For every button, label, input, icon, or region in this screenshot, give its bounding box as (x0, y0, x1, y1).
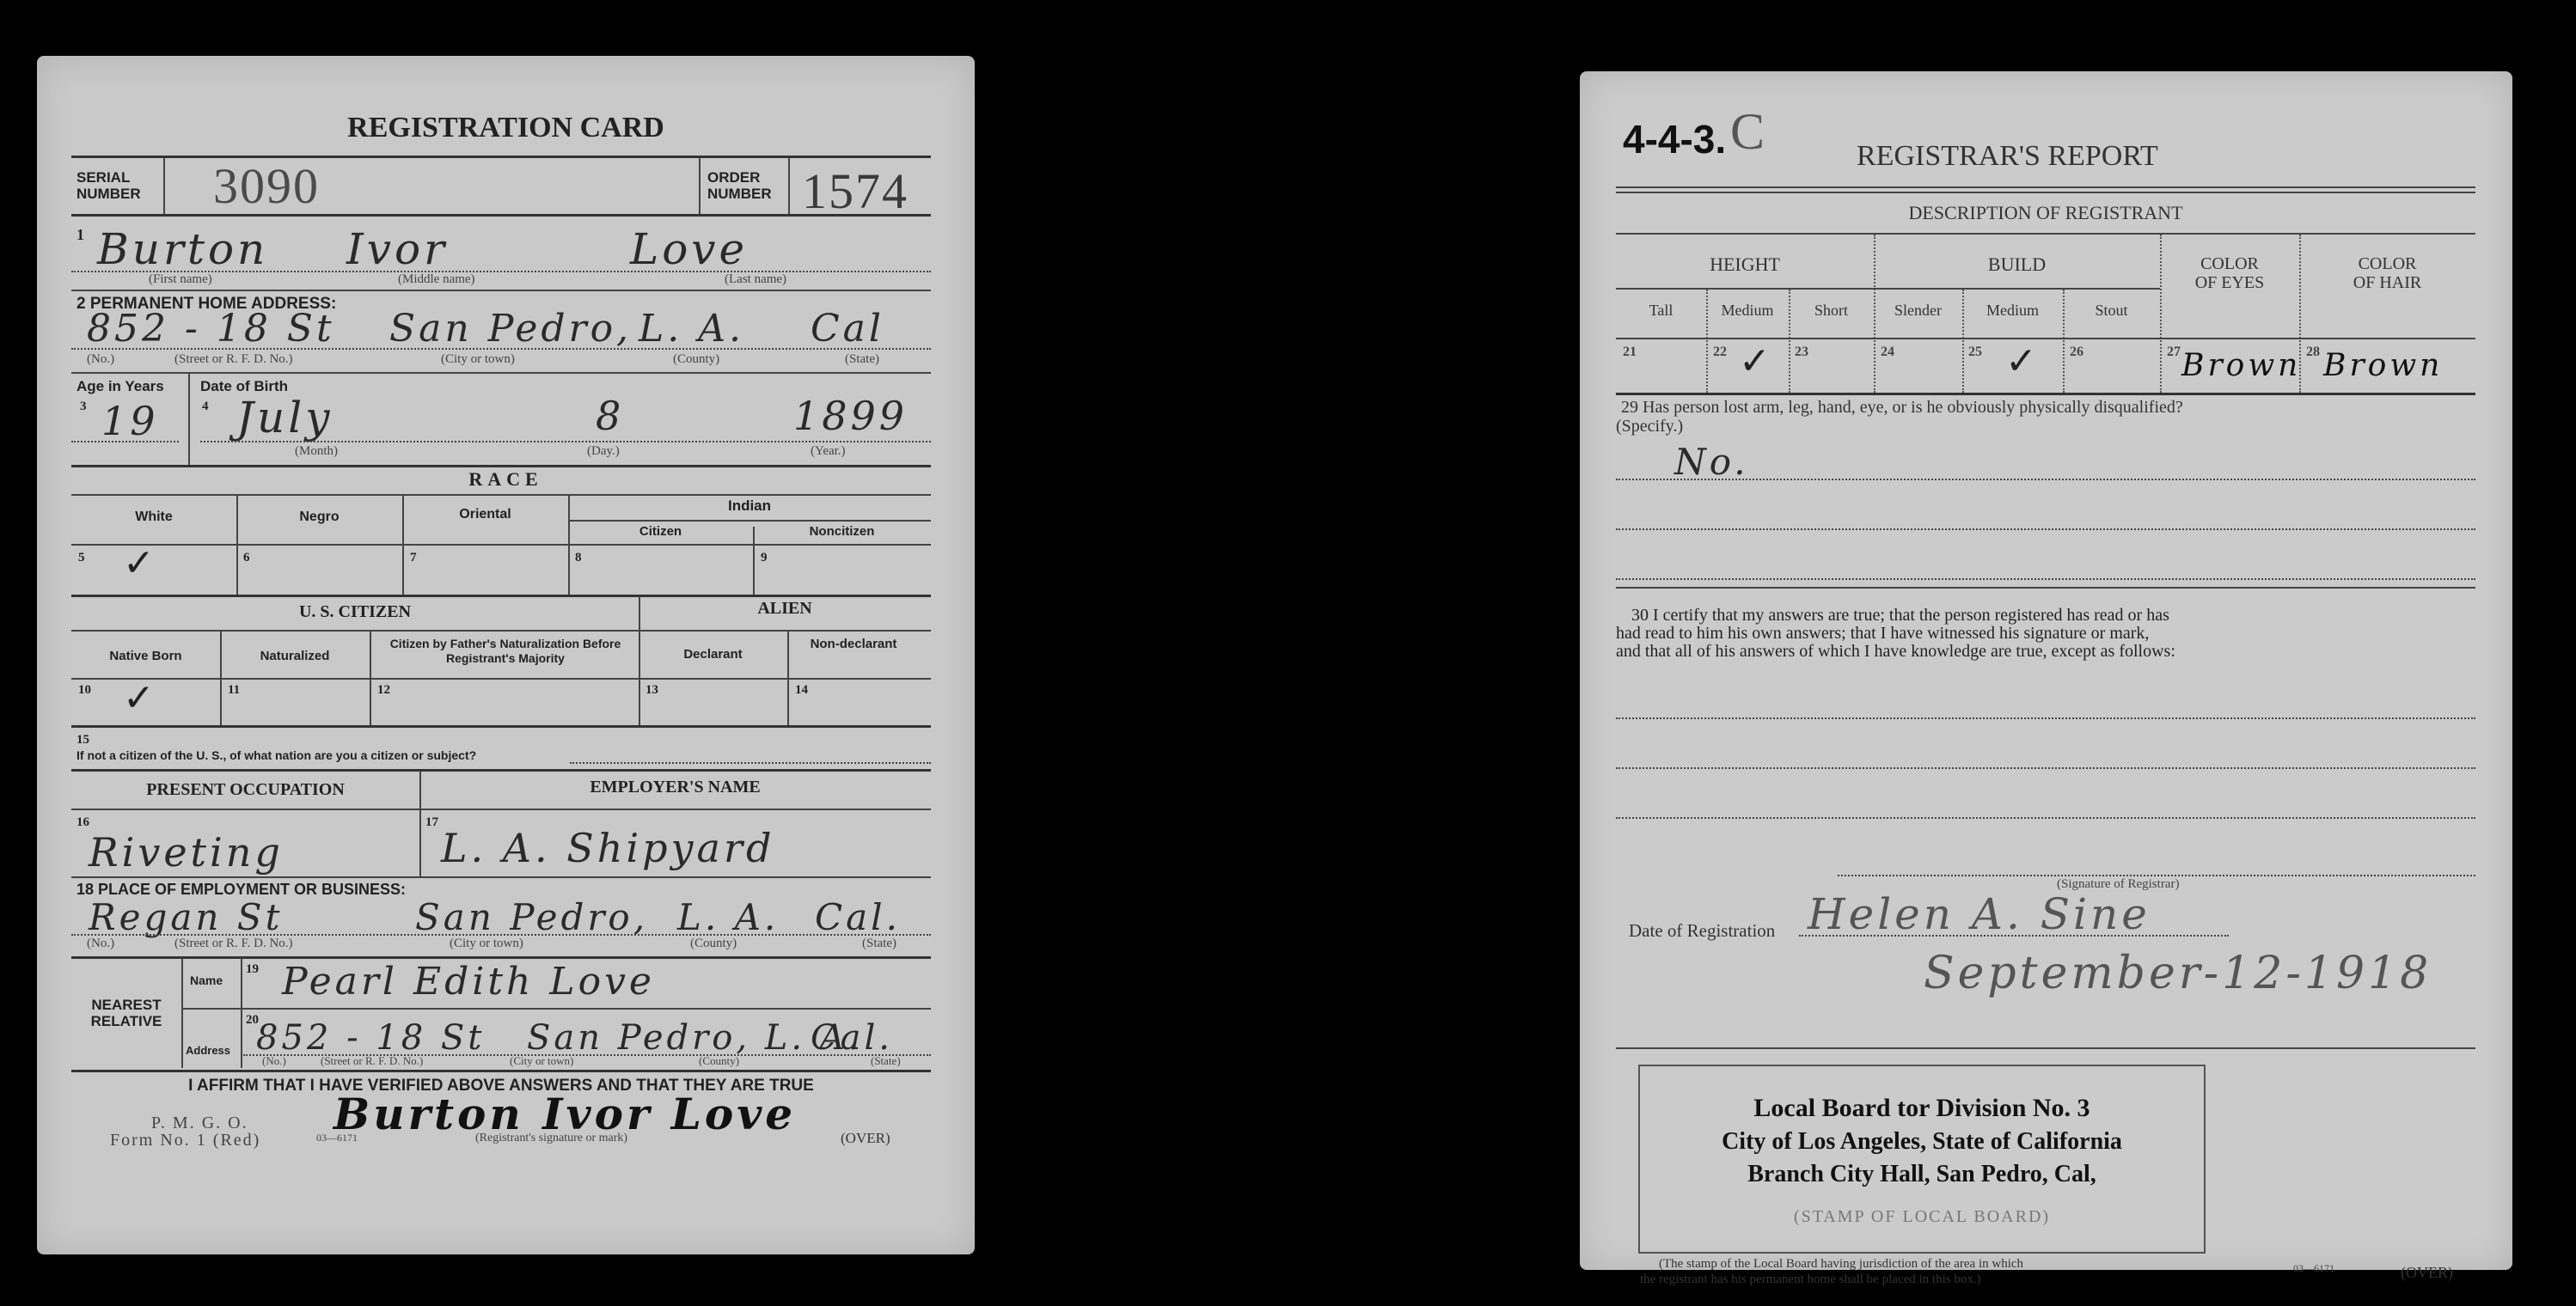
occupation-heading: PRESENT OCCUPATION (71, 780, 419, 800)
nearest-relative-label: NEAREST RELATIVE (71, 997, 181, 1029)
age-label: Age in Years (76, 378, 164, 395)
q7-number: 7 (410, 551, 417, 565)
file-code-letter: C (1730, 102, 1766, 162)
serial-label-line1: SERIAL (76, 169, 141, 186)
build-medium-check-mark: ✓ (2005, 339, 2037, 383)
dotted-line (1616, 578, 2475, 580)
date-of-registration-label: Date of Registration (1629, 920, 1775, 942)
employment-street: Regan St (89, 896, 283, 938)
dotted-line (71, 348, 931, 350)
race-col-negro: Negro (236, 510, 402, 525)
q15-question: If not a citizen of the U. S., of what n… (76, 748, 476, 762)
dotted-line (71, 441, 179, 442)
serial-number: 3090 (213, 157, 320, 215)
q11-number: 11 (228, 683, 240, 698)
caption-city: (City or town) (510, 1054, 573, 1068)
divider (1616, 192, 2475, 193)
first-name-caption: (First name) (149, 272, 212, 287)
q26-number: 26 (2070, 345, 2083, 360)
q30-text-line1: 30 I certify that my answers are true; t… (1631, 606, 2169, 626)
divider (71, 769, 931, 772)
divider (163, 157, 165, 214)
height-medium-check-mark: ✓ (1739, 339, 1771, 383)
dotted-line (1616, 717, 2475, 719)
divider (188, 374, 190, 467)
form-id: P. M. G. O. Form No. 1 (Red) (110, 1114, 260, 1149)
divider (1616, 393, 2475, 395)
q29-question: 29 Has person lost arm, leg, hand, eye, … (1621, 398, 2183, 418)
caption-state: (State) (871, 1054, 901, 1068)
card-title: REGISTRATION CARD (37, 112, 975, 144)
race-heading: RACE (37, 468, 975, 491)
file-code: 4-4-3. (1623, 116, 1726, 162)
eyes-heading-line1: COLOR (2160, 254, 2299, 273)
form-id-line1: P. M. G. O. (110, 1114, 260, 1132)
order-label-line1: ORDER (707, 169, 772, 186)
stamp-caption: (STAMP OF LOCAL BOARD) (1640, 1207, 2204, 1227)
description-heading: DESCRIPTION OF REGISTRANT (1616, 202, 2475, 224)
citizen-col-native-born: Native Born (71, 649, 220, 663)
stamp-line3: Branch City Hall, San Pedro, Cal, (1640, 1161, 2204, 1188)
divider (1616, 1047, 2475, 1049)
hair-heading-line2: OF HAIR (2299, 273, 2475, 292)
race-col-white: White (71, 510, 236, 525)
q19-number: 19 (246, 962, 259, 977)
dotted-line (570, 762, 931, 764)
over-label: (OVER) (841, 1130, 890, 1147)
local-board-stamp-box: Local Board tor Division No. 3 City of L… (1638, 1065, 2206, 1254)
us-citizen-heading: U. S. CITIZEN (71, 602, 639, 622)
relative-name-label: Name (190, 973, 223, 987)
divider (71, 630, 931, 632)
alien-col-declarant: Declarant (639, 647, 787, 662)
divider (241, 958, 242, 1068)
q1-number: 1 (76, 226, 84, 244)
q5-number: 5 (78, 551, 85, 565)
caption-county: (County) (699, 1054, 739, 1068)
white-check-mark: ✓ (123, 541, 155, 585)
caption-no: (No.) (87, 352, 114, 367)
caption-state: (State) (862, 937, 896, 951)
divider (1616, 233, 2475, 235)
relative-street: 852 - 18 St (256, 1018, 485, 1058)
stamp-line1: Local Board tor Division No. 3 (1640, 1094, 2204, 1123)
caption-street: (Street or R. F. D. No.) (174, 937, 293, 951)
divider (788, 157, 790, 214)
report-title: REGISTRAR'S REPORT (1857, 140, 2158, 173)
caption-year: (Year.) (811, 444, 846, 459)
home-street: 852 - 18 St (87, 307, 335, 351)
dotted-line (71, 934, 931, 936)
q13-number: 13 (646, 683, 658, 698)
caption-no: (No.) (87, 937, 114, 951)
divider (71, 876, 931, 878)
q3-number: 3 (80, 400, 87, 414)
signature-caption: (Registrant's signature or mark) (475, 1132, 627, 1145)
build-heading: BUILD (1874, 253, 2160, 276)
q24-number: 24 (1881, 345, 1894, 360)
q30-text-line2: had read to him his own answers; that I … (1616, 624, 2149, 644)
eyes-heading: COLOR OF EYES (2160, 254, 2299, 292)
caption-month: (Month) (295, 444, 338, 459)
employment-county: L. A. (677, 896, 779, 938)
caption-county: (County) (690, 937, 737, 951)
native-born-check-mark: ✓ (123, 676, 155, 720)
dob-year: 1899 (793, 393, 908, 439)
employment-city: San Pedro, (415, 896, 648, 938)
caption-county: (County) (673, 352, 719, 367)
divider (71, 956, 931, 959)
dotted-line (1616, 767, 2475, 769)
build-col-stout: Stout (2063, 302, 2160, 320)
dotted-line (1616, 479, 2475, 480)
home-state: Cal (811, 307, 884, 351)
print-code: 03—6171 (2293, 1262, 2334, 1275)
citizen-col-naturalized: Naturalized (220, 649, 370, 663)
dotted-line (1616, 528, 2475, 530)
order-label-line2: NUMBER (707, 186, 772, 202)
alien-heading: ALIEN (639, 599, 931, 619)
divider (181, 958, 183, 1068)
divider (71, 544, 931, 546)
last-name: Love (630, 224, 748, 274)
build-col-slender: Slender (1874, 302, 1962, 320)
first-name: Burton (97, 224, 268, 274)
caption-no: (No.) (262, 1054, 286, 1068)
q8-number: 8 (575, 551, 582, 565)
q27-number: 27 (2167, 345, 2181, 360)
race-indian-heading: Indian (568, 497, 931, 515)
height-col-tall: Tall (1616, 302, 1706, 320)
hair-color-value: Brown (2323, 348, 2443, 383)
nearest-relative-label-line2: RELATIVE (71, 1013, 181, 1029)
print-code: 03—6171 (316, 1132, 358, 1144)
caption-street: (Street or R. F. D. No.) (321, 1054, 423, 1068)
caption-city: (City or town) (450, 937, 523, 951)
dob-month: July (236, 393, 333, 442)
caption-day: (Day.) (587, 444, 620, 459)
divider (71, 678, 931, 680)
age-value: 19 (101, 398, 159, 444)
registrar-signature-line (1838, 875, 2475, 876)
registrar-signature: Helen A. Sine (1808, 889, 2151, 939)
q21-number: 21 (1623, 345, 1637, 360)
q22-number: 22 (1713, 345, 1727, 360)
employer-heading: EMPLOYER'S NAME (419, 778, 931, 797)
serial-label-line2: NUMBER (76, 186, 141, 202)
height-heading: HEIGHT (1616, 253, 1874, 276)
over-label: (OVER) (2401, 1264, 2453, 1282)
height-col-medium: Medium (1706, 302, 1789, 320)
dob-day: 8 (596, 393, 624, 439)
divider (71, 809, 931, 810)
race-col-oriental: Oriental (402, 507, 568, 522)
q4-number: 4 (202, 400, 209, 414)
divider (1616, 587, 2475, 589)
divider (1616, 186, 2475, 188)
divider (71, 156, 931, 158)
employment-state: Cal. (815, 896, 901, 938)
relative-name: Pearl Edith Love (282, 960, 655, 1004)
middle-name-caption: (Middle name) (398, 272, 475, 287)
divider (71, 1070, 931, 1072)
q28-number: 28 (2306, 345, 2320, 360)
q9-number: 9 (761, 551, 768, 565)
order-label: ORDER NUMBER (707, 169, 772, 202)
hair-heading: COLOR OF HAIR (2299, 254, 2475, 292)
q25-number: 25 (1968, 345, 1982, 360)
q29-specify: (Specify.) (1616, 417, 1683, 436)
middle-name: Ivor (346, 224, 448, 274)
registration-card: REGISTRATION CARD SERIAL NUMBER 3090 ORD… (37, 56, 975, 1254)
divider (71, 214, 931, 217)
caption-city: (City or town) (441, 352, 515, 367)
registrars-report-card: 4-4-3. C REGISTRAR'S REPORT DESCRIPTION … (1580, 71, 2512, 1270)
q10-number: 10 (78, 683, 91, 698)
q23-number: 23 (1795, 345, 1808, 360)
relative-state: Cal. (811, 1018, 893, 1058)
divider (71, 372, 931, 374)
stamp-line2: City of Los Angeles, State of California (1640, 1128, 2204, 1156)
order-number: 1574 (802, 162, 909, 220)
divider (699, 157, 701, 214)
divider (71, 494, 931, 496)
home-county: L. A. (639, 307, 744, 351)
stamp-note-line1: (The stamp of the Local Board having jur… (1659, 1257, 2023, 1272)
divider (183, 1008, 931, 1010)
form-id-line2: Form No. 1 (Red) (110, 1132, 260, 1149)
home-city: San Pedro, (389, 307, 632, 351)
divider (1616, 288, 2160, 290)
build-col-medium: Medium (1962, 302, 2063, 320)
relative-address-label: Address (186, 1044, 230, 1057)
dotted-line (1616, 817, 2475, 819)
q14-number: 14 (795, 683, 808, 698)
caption-street: (Street or R. F. D. No.) (174, 352, 293, 367)
registration-date: September-12-1918 (1924, 948, 2432, 999)
q30-text-line3: and that all of his answers of which I h… (1616, 642, 2175, 662)
caption-state: (State) (845, 352, 879, 367)
q16-number: 16 (76, 815, 89, 830)
serial-label: SERIAL NUMBER (76, 169, 141, 202)
eyes-heading-line2: OF EYES (2160, 273, 2299, 292)
race-col-indian-noncitizen: Noncitizen (753, 524, 931, 539)
citizen-col-fathers-naturalization: Citizen by Father's Naturalization Befor… (376, 637, 634, 666)
stamp-note-line2: the registrant has his permanent home sh… (1640, 1272, 1981, 1287)
divider (570, 520, 931, 522)
alien-col-non-declarant: Non-declarant (802, 637, 905, 652)
divider (71, 465, 931, 467)
nearest-relative-label-line1: NEAREST (71, 997, 181, 1013)
divider (71, 725, 931, 728)
dotted-line (200, 441, 931, 442)
divider (71, 595, 931, 597)
q17-number: 17 (425, 815, 438, 830)
q29-answer: No. (1674, 441, 1749, 483)
hair-heading-line1: COLOR (2299, 254, 2475, 273)
divider (71, 290, 931, 291)
last-name-caption: (Last name) (725, 272, 786, 287)
height-col-short: Short (1789, 302, 1874, 320)
occupation-value: Riveting (89, 829, 284, 876)
q6-number: 6 (243, 551, 250, 565)
q15-number: 15 (76, 733, 89, 748)
race-col-indian-citizen: Citizen (568, 524, 753, 539)
q12-number: 12 (377, 683, 390, 698)
eye-color-value: Brown (2181, 348, 2301, 383)
employer-value: L. A. Shipyard (441, 825, 774, 871)
